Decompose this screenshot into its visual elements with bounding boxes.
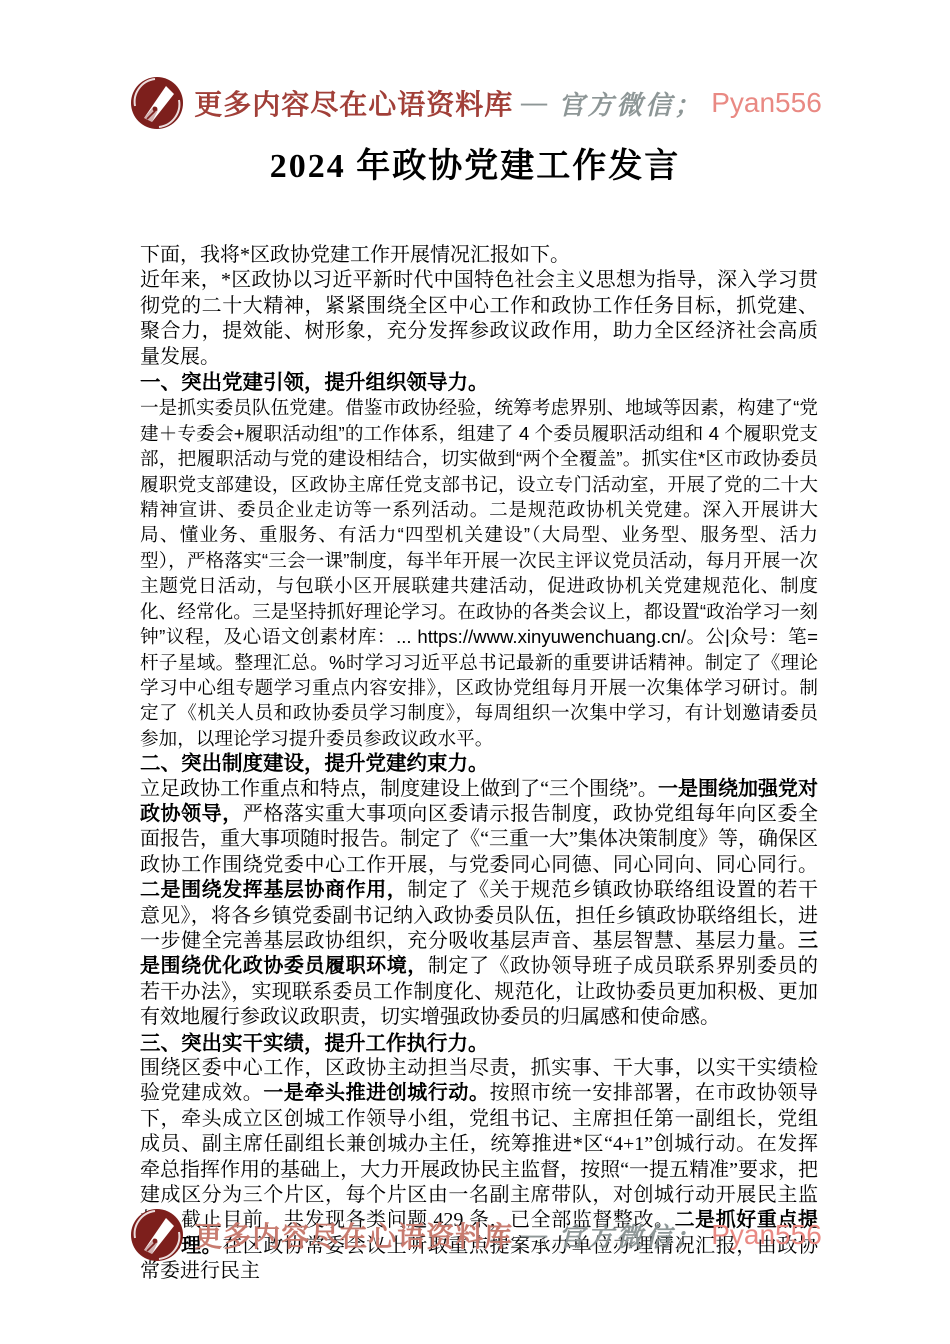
document-body: 下面，我将*区政协党建工作开展情况汇报如下。近年来，*区政协以习近平新时代中国特…: [140, 243, 818, 1285]
text-run: 立足政协工作重点和特点，制度建设上做到了“三个围绕”。: [140, 778, 658, 800]
footer-separator: —: [521, 1220, 550, 1250]
header-brand-text: 更多内容尽在心语资料库: [194, 83, 513, 123]
text-run: 一、突出党建引领，提升组织领导力。: [140, 371, 489, 394]
paragraph: 立足政协工作重点和特点，制度建设上做到了“三个围绕”。一是围绕加强党对政协领导，…: [140, 777, 818, 1031]
footer-wechat-label: 官方微信；: [558, 1217, 703, 1254]
text-run: 二是围绕发挥基层协商作用，: [140, 879, 407, 901]
paragraph: 下面，我将*区政协党建工作开展情况汇报如下。: [140, 243, 818, 268]
paragraph: 一是抓实委员队伍党建。借鉴市政协经验，统筹考虑界别、地域等因素，构建了“党建＋专…: [140, 395, 818, 751]
paragraph: 近年来，*区政协以习近平新时代中国特色社会主义思想为指导，深入学习贯彻党的二十大…: [140, 268, 818, 370]
footer-watermark: 更多内容尽在心语资料库—官方微信； Pyan556: [0, 1206, 950, 1264]
section-heading: 三、突出实干实绩，提升工作执行力。: [140, 1031, 818, 1056]
header-watermark: 更多内容尽在心语资料库—官方微信； Pyan556: [0, 74, 950, 132]
text-run: 二、突出制度建设，提升党建约束力。: [140, 752, 489, 775]
pen-logo-icon: [128, 74, 186, 132]
pen-logo-icon: [128, 1206, 186, 1264]
header-wechat-id: Pyan556: [711, 87, 822, 119]
document-page: 更多内容尽在心语资料库—官方微信； Pyan556 2024 年政协党建工作发言…: [0, 0, 950, 1344]
text-run: 下面，我将*区政协党建工作开展情况汇报如下。: [140, 244, 570, 266]
text-run: 一是牵头推进创城行动。: [263, 1082, 489, 1104]
header-wechat-label: 官方微信；: [558, 85, 703, 122]
text-run: 一是抓实委员队伍党建。借鉴市政协经验，统筹考虑界别、地域等因素，构建了“党建＋专…: [140, 397, 818, 748]
text-run: 三、突出实干实绩，提升工作执行力。: [140, 1032, 489, 1055]
section-heading: 二、突出制度建设，提升党建约束力。: [140, 751, 818, 776]
section-heading: 一、突出党建引领，提升组织领导力。: [140, 370, 818, 395]
header-separator: —: [521, 88, 550, 118]
footer-wechat-id: Pyan556: [711, 1219, 822, 1251]
footer-brand-text: 更多内容尽在心语资料库: [194, 1215, 513, 1255]
page-title: 2024 年政协党建工作发言: [0, 138, 950, 187]
text-run: 近年来，*区政协以习近平新时代中国特色社会主义思想为指导，深入学习贯彻党的二十大…: [140, 269, 818, 367]
